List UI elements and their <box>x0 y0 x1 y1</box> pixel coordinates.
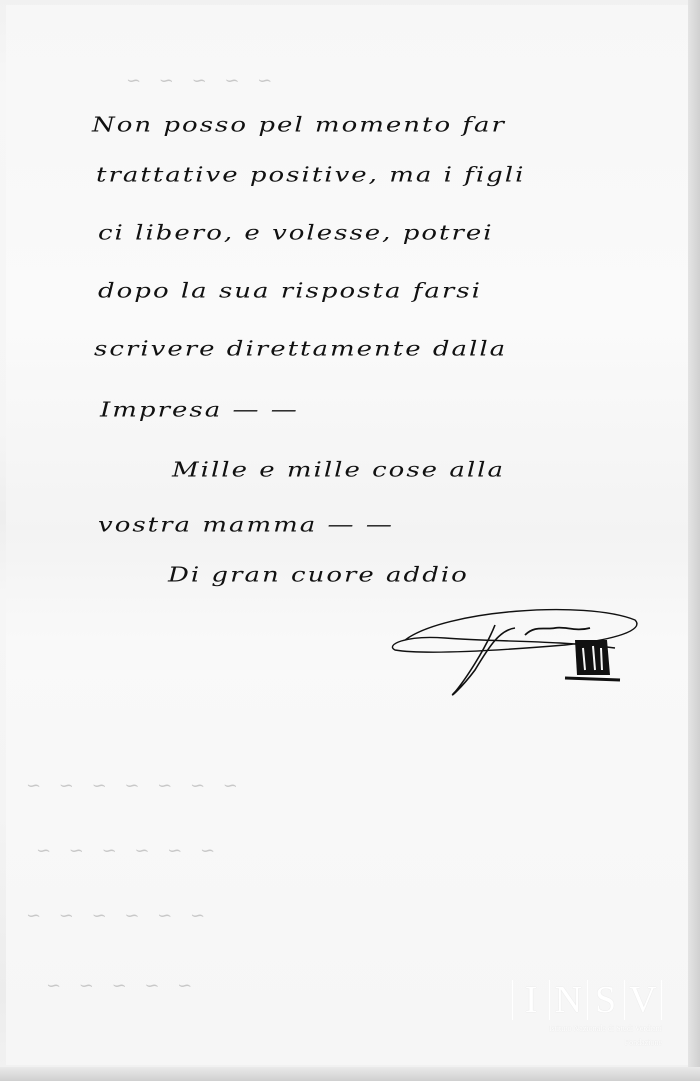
watermark-letter: V <box>625 980 661 1020</box>
institution-watermark: I N S V Istituto Nazionale di Studi Verd… <box>512 980 662 1050</box>
bleed-through-line: ~ ~ ~ ~ ~ ~ <box>20 905 205 926</box>
letter-line-6: Impresa — — <box>100 398 299 422</box>
watermark-logo: I N S V <box>512 980 662 1020</box>
bleed-through-line: ~ ~ ~ ~ ~ ~ <box>30 840 215 861</box>
bleed-through-line: ~ ~ ~ ~ ~ <box>40 975 192 996</box>
letter-line-4: dopo la sua risposta farsi <box>98 279 482 303</box>
letter-line-2: trattative positive, ma i figli <box>96 163 525 187</box>
watermark-foundation: Fondazione <box>512 1038 662 1048</box>
page-edge-right <box>688 0 700 1081</box>
letter-line-7: Mille e mille cose alla <box>172 458 505 482</box>
letter-line-8: vostra mamma — — <box>98 513 394 537</box>
letter-line-5: scrivere direttamente dalla <box>94 337 507 361</box>
watermark-institution-name: Istituto Nazionale di Studi Verdiani <box>512 1024 662 1034</box>
letter-line-1: Non posso pel momento far <box>92 113 506 137</box>
letter-line-9: Di gran cuore addio <box>168 563 469 587</box>
watermark-letter: I <box>513 980 550 1020</box>
letter-line-3: ci libero, e volesse, potrei <box>98 221 494 245</box>
page-edge-bottom <box>0 1067 700 1081</box>
signature-icon <box>385 600 645 700</box>
scanned-page: ~ ~ ~ ~ ~ ~ ~ ~ ~ ~ ~ ~ ~ ~ ~ ~ ~ ~ ~ ~ … <box>0 0 700 1081</box>
bleed-through-line: ~ ~ ~ ~ ~ ~ ~ <box>20 775 238 796</box>
bleed-through-line: ~ ~ ~ ~ ~ <box>120 70 272 91</box>
watermark-letter: N <box>550 980 587 1020</box>
watermark-letter: S <box>588 980 625 1020</box>
